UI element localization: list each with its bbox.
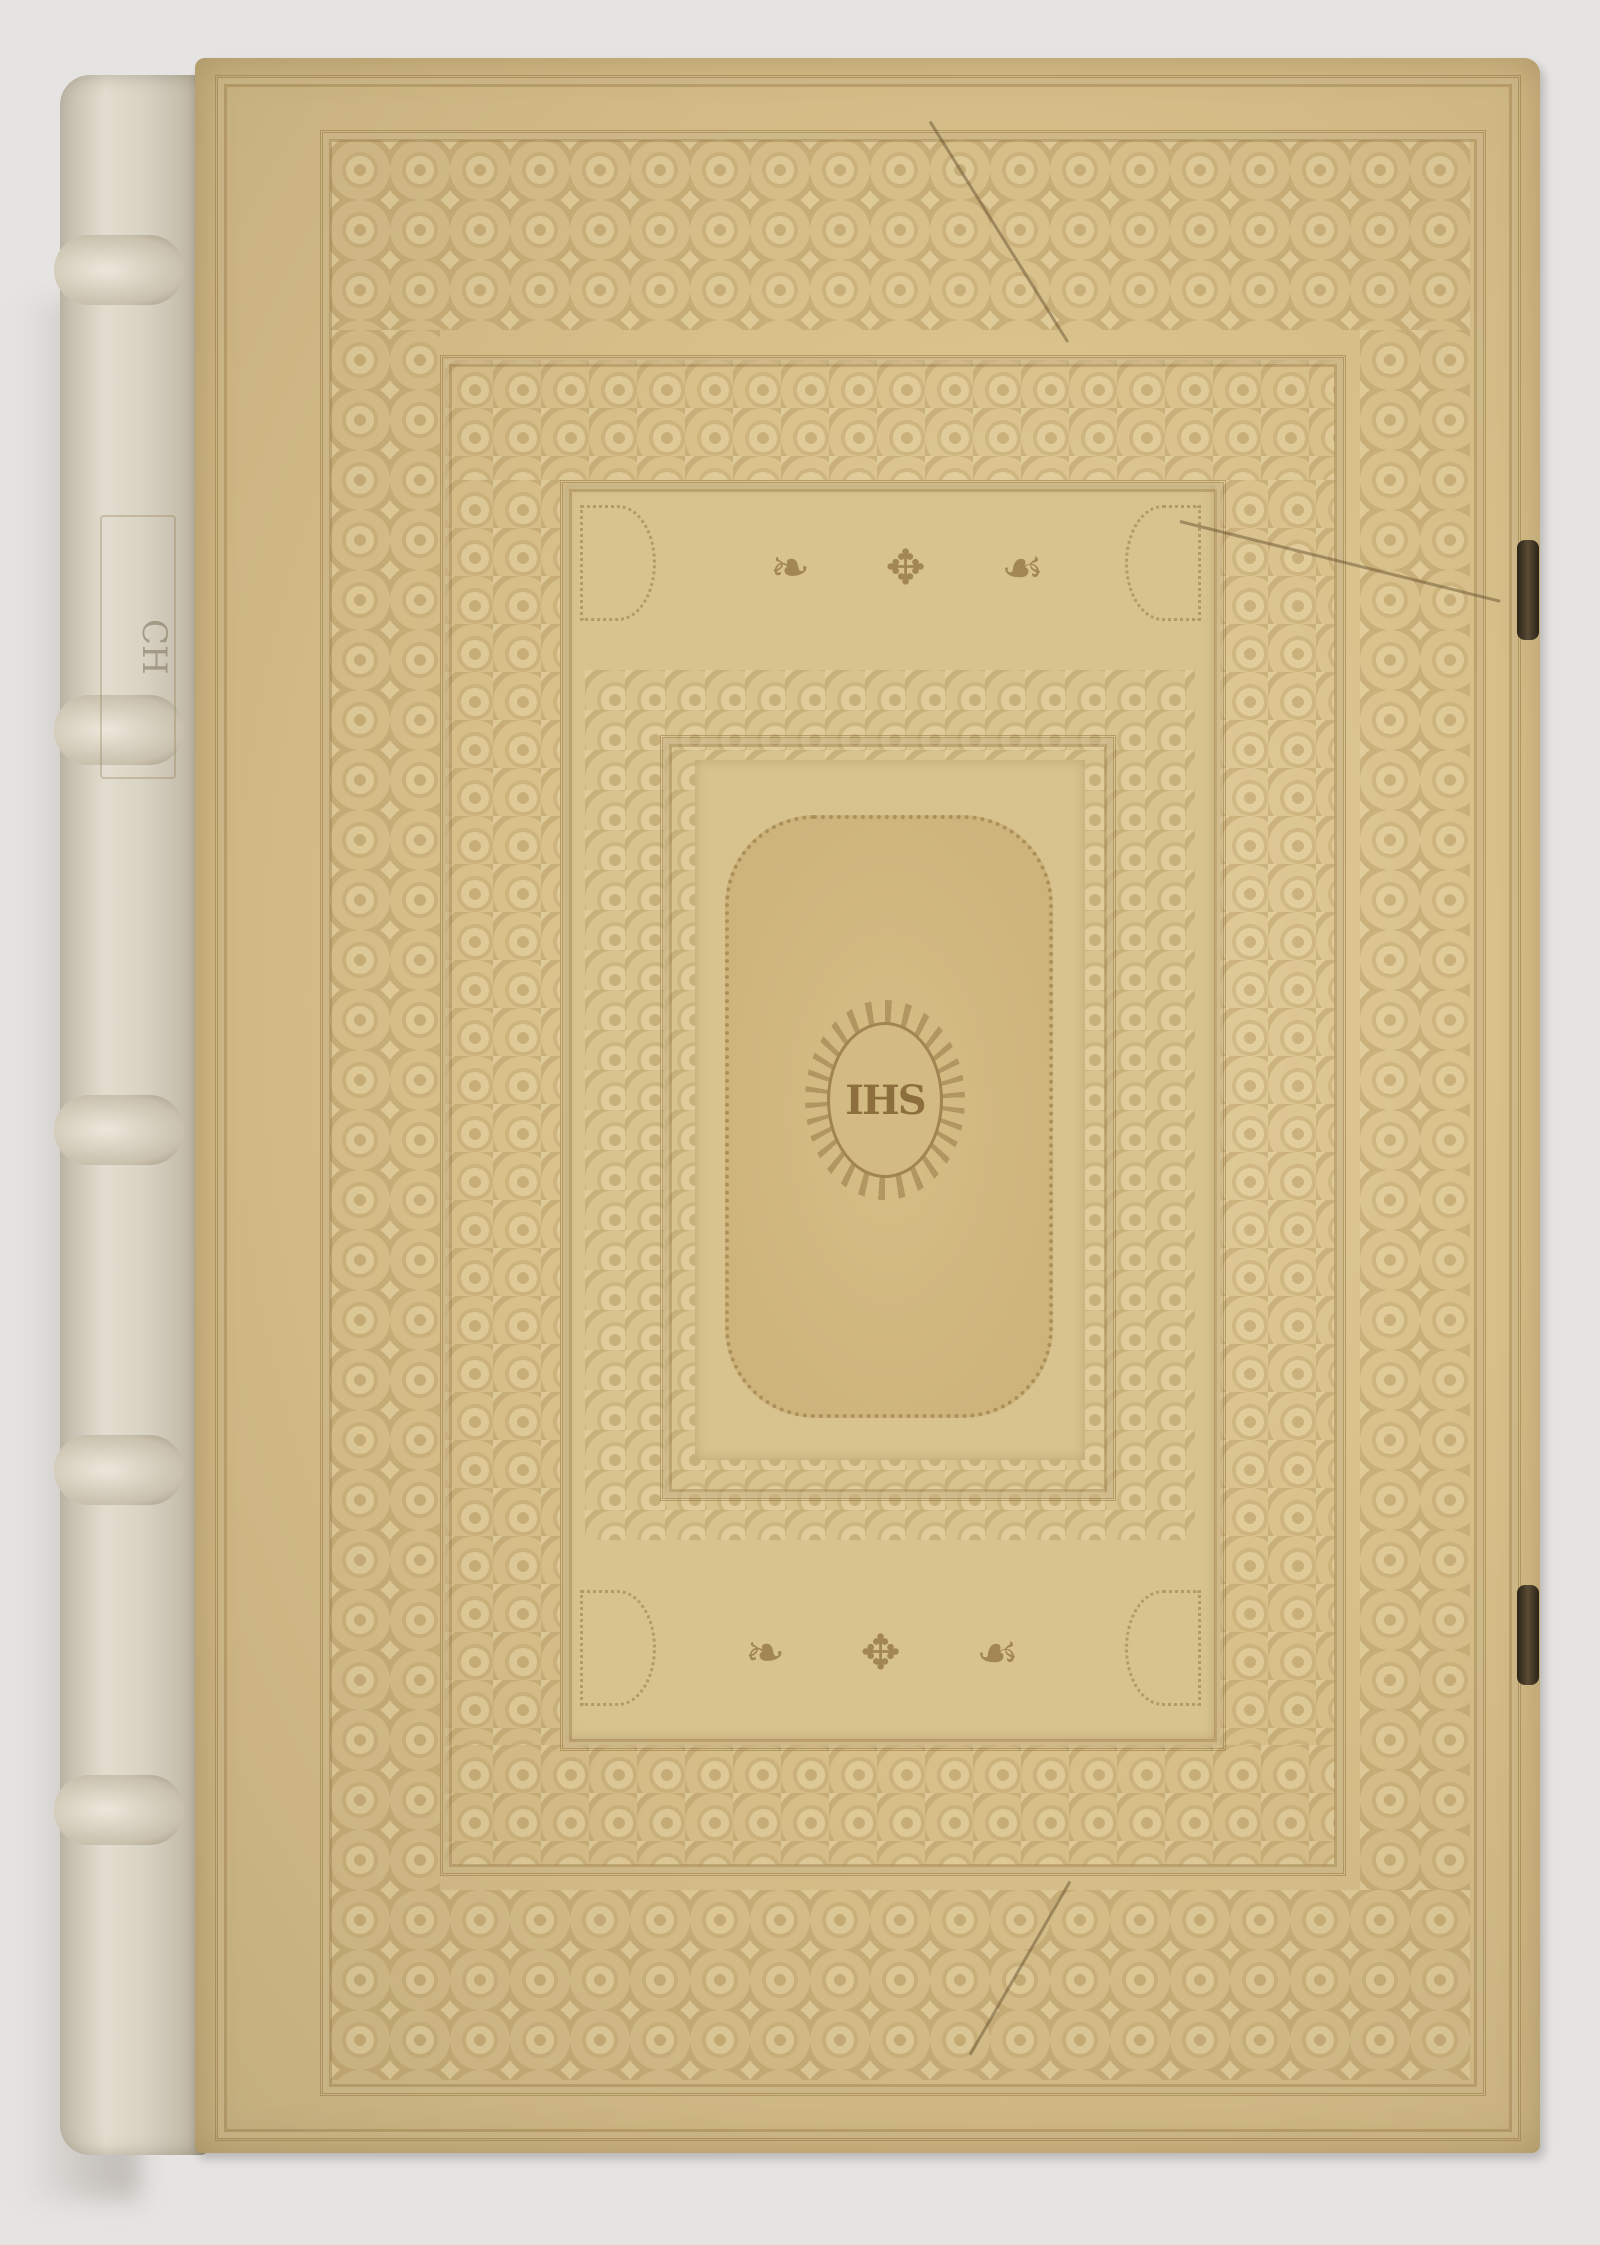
ihs-monogram: IHS xyxy=(827,1022,943,1178)
spine-raised-band xyxy=(54,1775,184,1845)
corner-fan-ornament xyxy=(580,1590,656,1706)
sunburst-monogram-icon: IHS xyxy=(805,1000,965,1200)
corner-fan-ornament xyxy=(1125,1590,1201,1706)
book-spine: CH xyxy=(60,75,210,2155)
fleuron-ornament-top: ❧ ✥ ☙ xyxy=(770,540,1074,596)
spine-raised-band xyxy=(54,1095,184,1165)
spine-raised-band xyxy=(54,235,184,305)
spine-raised-band xyxy=(54,1435,184,1505)
corner-fan-ornament xyxy=(580,505,656,621)
clasp-icon xyxy=(1517,540,1539,640)
spine-title-label: CH xyxy=(100,515,176,779)
fleuron-ornament-bottom: ❧ ✥ ☙ xyxy=(745,1625,1049,1681)
clasp-icon xyxy=(1517,1585,1539,1685)
